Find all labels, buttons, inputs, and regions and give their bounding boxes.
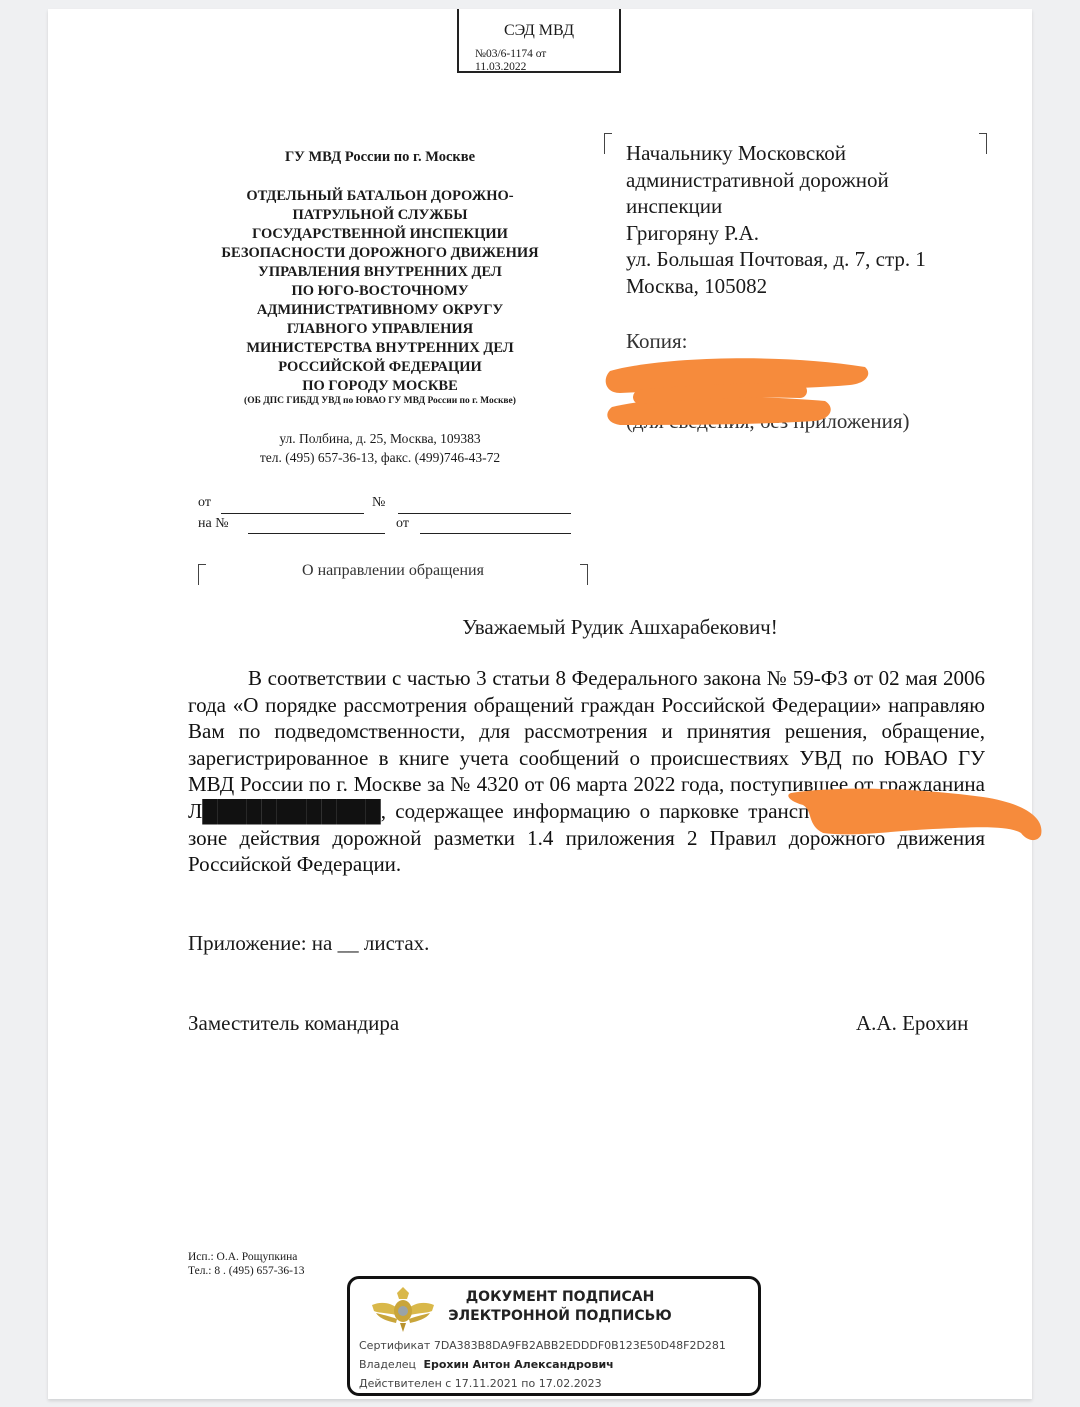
letter-body: В соответствии с частью 3 статьи 8 Федер…: [188, 665, 985, 878]
executor-phone: Тел.: 8 . (495) 657-36-13: [188, 1264, 304, 1278]
reg-from-label: от: [198, 495, 211, 511]
esignature-validity: Действителен с 17.11.2021 по 17.02.2023: [359, 1377, 602, 1390]
sed-registration-stamp: СЭД МВД №03/6-1174 от 11.03.2022: [457, 9, 621, 73]
certificate-label: Сертификат: [359, 1339, 430, 1352]
reply-from-label: от: [396, 516, 409, 532]
addressee-corner-right: [979, 133, 987, 154]
sed-stamp-number: №03/6-1174 от 11.03.2022: [475, 48, 546, 74]
sender-line: ГЛАВНОГО УПРАВЛЕНИЯ: [188, 320, 572, 339]
document-page: СЭД МВД №03/6-1174 от 11.03.2022 ГУ МВД …: [48, 9, 1032, 1399]
sender-ministry: ГУ МВД России по г. Москве: [188, 149, 572, 166]
sender-line: АДМИНИСТРАТИВНОМУ ОКРУГУ: [188, 301, 572, 320]
sender-address: ул. Полбина, д. 25, Москва, 109383: [188, 430, 572, 449]
copy-label: Копия:: [626, 328, 910, 355]
sender-organization: ОТДЕЛЬНЫЙ БАТАЛЬОН ДОРОЖНО- ПАТРУЛЬНОЙ С…: [188, 187, 572, 396]
copy-block: Копия: (для сведения, без приложения): [626, 328, 910, 434]
subject-corner-right: [580, 564, 588, 585]
reply-number-field: [248, 533, 385, 534]
appendix-line: Приложение: на __ листах.: [188, 931, 429, 956]
mvd-emblem-icon: [370, 1283, 436, 1333]
sender-line: ПО ГОРОДУ МОСКВЕ: [188, 377, 572, 396]
sed-stamp-title: СЭД МВД: [459, 22, 619, 40]
sed-number-line: №03/6-1174 от: [475, 48, 546, 61]
addressee-block: Начальнику Московской административной д…: [626, 140, 926, 300]
sender-line: ГОСУДАРСТВЕННОЙ ИНСПЕКЦИИ: [188, 225, 572, 244]
copy-note: (для сведения, без приложения): [626, 408, 910, 435]
signatory-name: А.А. Ерохин: [856, 1011, 968, 1036]
owner-value: Ерохин Антон Александрович: [423, 1358, 613, 1371]
sender-line: РОССИЙСКОЙ ФЕДЕРАЦИИ: [188, 358, 572, 377]
addressee-line: Григоряну Р.А.: [626, 220, 926, 247]
sed-date-line: 11.03.2022: [475, 61, 546, 74]
reply-to-label: на №: [198, 516, 229, 532]
esignature-owner: Владелец Ерохин Антон Александрович: [359, 1358, 614, 1371]
reg-date-field: [221, 513, 364, 514]
sender-contacts: ул. Полбина, д. 25, Москва, 109383 тел. …: [188, 430, 572, 467]
electronic-signature-stamp: ДОКУМЕНТ ПОДПИСАН ЭЛЕКТРОННОЙ ПОДПИСЬЮ С…: [347, 1276, 761, 1396]
sender-phones: тел. (495) 657-36-13, факс. (499)746-43-…: [188, 449, 572, 468]
sender-line: ОТДЕЛЬНЫЙ БАТАЛЬОН ДОРОЖНО-: [188, 187, 572, 206]
sender-line: ПО ЮГО-ВОСТОЧНОМУ: [188, 282, 572, 301]
esignature-header-line1: ДОКУМЕНТ ПОДПИСАН: [440, 1288, 680, 1307]
addressee-line: административной дорожной: [626, 167, 926, 194]
esignature-header-line2: ЭЛЕКТРОННОЙ ПОДПИСЬЮ: [440, 1307, 680, 1326]
addressee-line: инспекции: [626, 193, 926, 220]
addressee-line: ул. Большая Почтовая, д. 7, стр. 1: [626, 246, 926, 273]
greeting: Уважаемый Рудик Ашхарабекович!: [48, 615, 1032, 640]
executor-name: Исп.: О.А. Рощупкина: [188, 1250, 304, 1264]
addressee-line: Москва, 105082: [626, 273, 926, 300]
addressee-line: Начальнику Московской: [626, 140, 926, 167]
esignature-certificate: Сертификат 7DA383B8DA9FB2ABB2EDDDF0B123E…: [359, 1339, 726, 1352]
subject-line: О направлении обращения: [198, 562, 588, 580]
sender-line: МИНИСТЕРСТВА ВНУТРЕННИХ ДЕЛ: [188, 339, 572, 358]
copy-recipient-redacted: [626, 355, 910, 408]
sender-line: ПАТРУЛЬНОЙ СЛУЖБЫ: [188, 206, 572, 225]
esignature-header: ДОКУМЕНТ ПОДПИСАН ЭЛЕКТРОННОЙ ПОДПИСЬЮ: [440, 1288, 680, 1326]
reply-date-field: [420, 533, 571, 534]
reg-number-label: №: [372, 495, 385, 511]
sender-line: БЕЗОПАСНОСТИ ДОРОЖНОГО ДВИЖЕНИЯ: [188, 244, 572, 263]
addressee-corner-left: [604, 133, 612, 154]
executor-info: Исп.: О.А. Рощупкина Тел.: 8 . (495) 657…: [188, 1250, 304, 1278]
owner-label: Владелец: [359, 1358, 416, 1371]
sender-line: УПРАВЛЕНИЯ ВНУТРЕННИХ ДЕЛ: [188, 263, 572, 282]
reg-number-field: [398, 513, 571, 514]
sender-abbreviation: (ОБ ДПС ГИБДД УВД по ЮВАО ГУ МВД России …: [188, 396, 572, 406]
signatory-position: Заместитель командира: [188, 1011, 399, 1036]
certificate-value: 7DA383B8DA9FB2ABB2EDDDF0B123E50D48F2D281: [434, 1339, 726, 1352]
